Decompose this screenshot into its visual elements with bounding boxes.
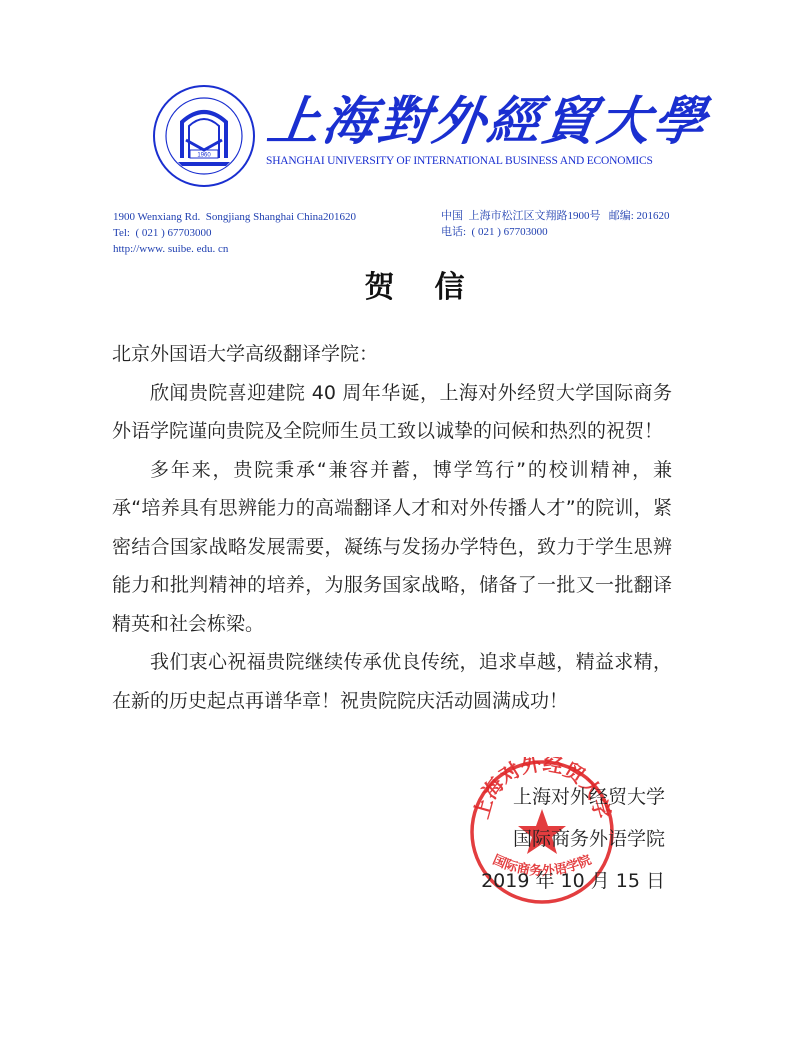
letter-title: 贺信: [0, 262, 789, 306]
university-seal-icon: 1960: [152, 84, 256, 188]
address-english: 1900 Wenxiang Rd. Songjiang Shanghai Chi…: [113, 209, 356, 225]
telephone-english: Tel: ( 021 ) 67703000: [113, 225, 356, 241]
signature-university: 上海对外经贸大学: [481, 776, 665, 818]
signature-date: 2019 年 10 月 15 日: [481, 860, 665, 902]
paragraph-3: 我们衷心祝福贵院继续传承优良传统，追求卓越，精益求精，在新的历史起点再谱华章！祝…: [112, 643, 672, 720]
paragraph-2: 多年来，贵院秉承“兼容并蓄，博学笃行”的校训精神，兼承“培养具有思辨能力的高端翻…: [112, 451, 672, 644]
contact-english: 1900 Wenxiang Rd. Songjiang Shanghai Chi…: [113, 209, 356, 257]
svg-text:1960: 1960: [197, 153, 211, 159]
telephone-chinese: 电话: ( 021 ) 67703000: [441, 224, 670, 240]
signature-block: 上海对外经贸大学 国际商务外语学院 2019 年 10 月 15 日: [481, 776, 665, 902]
letter-body: 北京外国语大学高级翻译学院： 欣闻贵院喜迎建院 40 周年华诞，上海对外经贸大学…: [112, 335, 672, 720]
address-chinese: 中国 上海市松江区文翔路1900号 邮编: 201620: [441, 208, 670, 224]
website-link[interactable]: http://www. suibe. edu. cn: [113, 241, 356, 257]
letterhead: 1960 上海對外經貿大學 SHANGHAI UNIVERSITY OF INT…: [0, 0, 789, 270]
university-name-english: SHANGHAI UNIVERSITY OF INTERNATIONAL BUS…: [266, 155, 653, 167]
salutation: 北京外国语大学高级翻译学院：: [112, 335, 672, 374]
signature-school: 国际商务外语学院: [481, 818, 665, 860]
university-name-chinese: 上海對外經貿大學: [264, 92, 712, 152]
contact-chinese: 中国 上海市松江区文翔路1900号 邮编: 201620 电话: ( 021 )…: [441, 208, 670, 240]
paragraph-1: 欣闻贵院喜迎建院 40 周年华诞，上海对外经贸大学国际商务外语学院谨向贵院及全院…: [112, 374, 672, 451]
